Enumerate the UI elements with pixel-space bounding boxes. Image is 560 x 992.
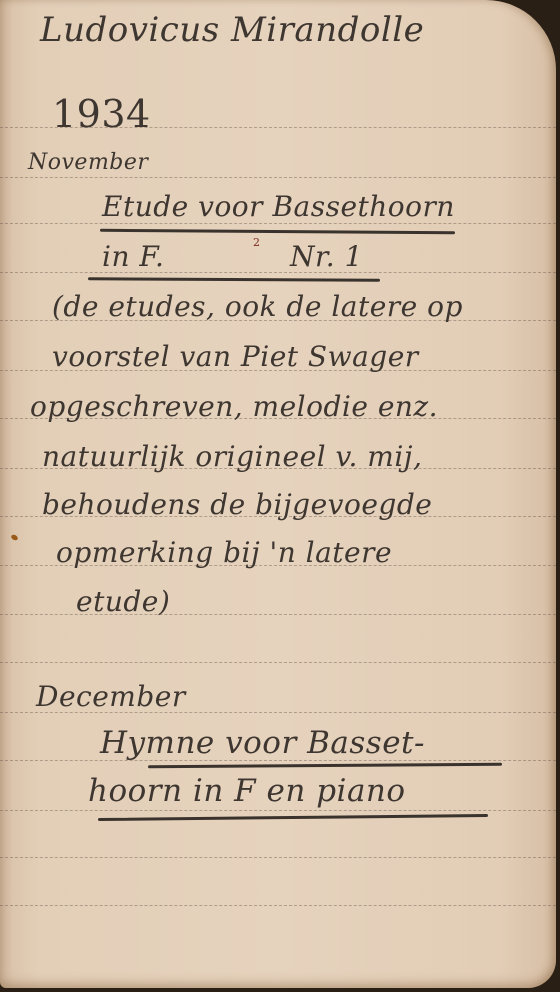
note-line: opgeschreven, melodie enz. <box>30 390 438 423</box>
year: 1934 <box>52 92 151 136</box>
margin-mark: 2 <box>253 236 260 249</box>
entry-title-line-2: hoorn in F en piano <box>88 773 406 809</box>
title-underline <box>148 763 502 768</box>
title-underline <box>88 277 380 282</box>
month-december: December <box>36 680 186 713</box>
entry-title-line-1: Etude voor Bassethoorn <box>102 190 455 223</box>
note-line: voorstel van Piet Swager <box>52 340 419 373</box>
title-underline <box>100 229 455 234</box>
note-line: etude) <box>76 585 170 618</box>
ruled-line <box>0 177 556 178</box>
entry-title-line-2-right: Nr. 1 <box>290 240 363 273</box>
ruled-line <box>0 810 556 811</box>
ruled-line <box>0 857 556 858</box>
header-name: Ludovicus Mirandolle <box>40 10 424 50</box>
ruled-line <box>0 223 556 224</box>
ruled-line <box>0 662 556 663</box>
month-november: November <box>28 150 148 175</box>
notebook-page: Ludovicus Mirandolle 1934 November Etude… <box>0 0 556 988</box>
ruled-line <box>0 905 556 906</box>
note-line: behoudens de bijgevoegde <box>42 488 432 521</box>
note-line: (de etudes, ook de latere op <box>52 290 463 323</box>
entry-title-line-1: Hymne voor Basset- <box>100 725 425 761</box>
note-line: opmerking bij 'n latere <box>56 536 392 569</box>
title-underline <box>98 814 488 821</box>
note-line: natuurlijk origineel v. mij, <box>42 440 422 473</box>
ruled-line <box>0 272 556 273</box>
ink-stain <box>10 534 19 542</box>
entry-title-line-2-left: in F. <box>102 240 164 273</box>
